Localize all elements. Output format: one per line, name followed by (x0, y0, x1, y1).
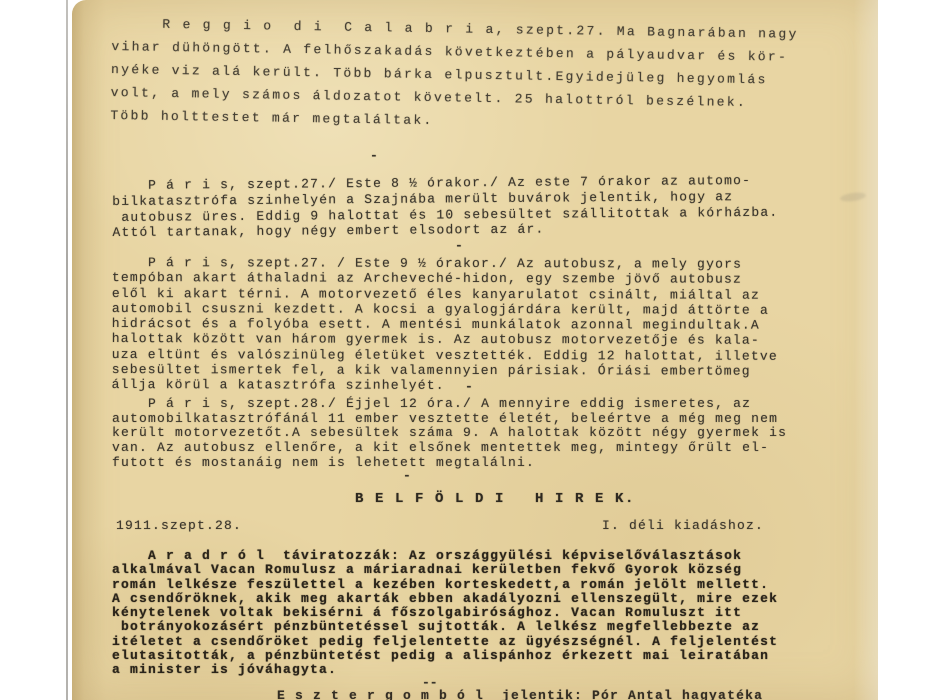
paragraph-paris-midnight: P á r i s, szept.28./ Éjjel 12 óra./ A m… (112, 397, 842, 471)
page-edge-shadow-line (66, 0, 68, 700)
paragraph-paris-830: P á r i s, szept.27./ Este 8 ½ órakor./ … (112, 172, 842, 241)
separator-dash-2: - (455, 241, 463, 251)
scanned-document-screenshot: { "document": { "language": "Hungarian",… (0, 0, 933, 700)
paragraph-paris-930: P á r i s, szept.27. / Este 9 ½ órakor./… (112, 255, 842, 395)
separator-dash-4: - (403, 471, 411, 481)
dateline-edition: I. déli kiadáshoz. (602, 518, 764, 533)
dateline-row: 1911.szept.28. I. déli kiadáshoz. (112, 518, 852, 536)
document-page: R e g g i o d i C a l a b r i a, szept.2… (72, 0, 878, 700)
paragraph-reggio-di-calabria: R e g g i o d i C a l a b r i a, szept.2… (110, 12, 842, 138)
dateline-date: 1911.szept.28. (116, 518, 242, 533)
scanner-background: R e g g i o d i C a l a b r i a, szept.2… (0, 0, 933, 700)
pencil-smudge (840, 191, 867, 203)
separator-dash-3: - (465, 382, 473, 392)
paragraph-esztergom-clipped: E s z t e r g o m b ó l jelentik: Pór An… (277, 688, 763, 700)
section-heading-belfoldi-hirek: B E L F Ö L D I H I R E K. (355, 491, 635, 507)
separator-dash-5: -- (422, 678, 438, 688)
paragraph-arad: A r a d r ó l táviratozzák: Az országgyü… (112, 549, 842, 678)
separator-dash-1: - (370, 151, 378, 161)
